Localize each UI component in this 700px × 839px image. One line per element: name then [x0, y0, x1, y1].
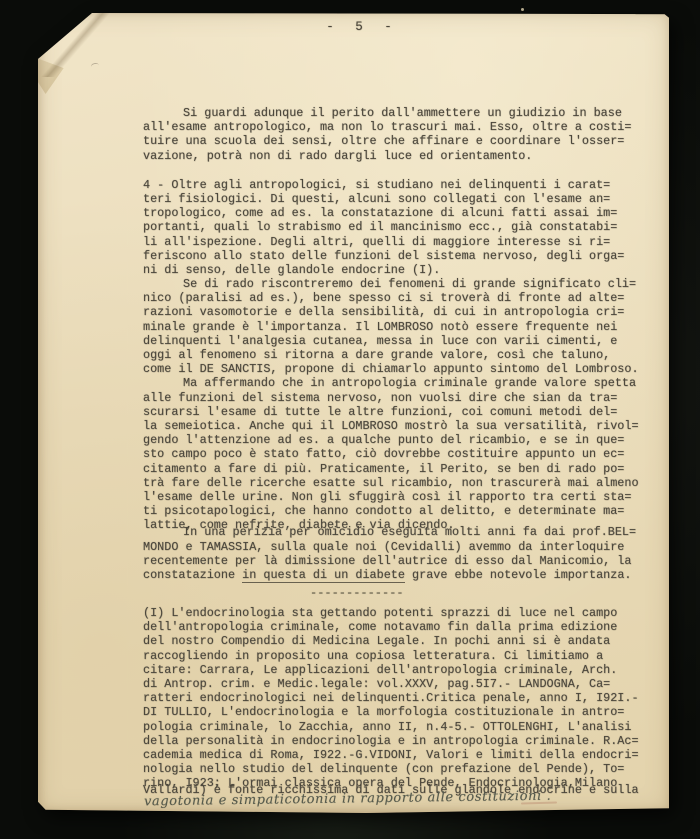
typescript-line: li all'ispezione. Degli altri, quelli di… — [143, 235, 659, 249]
page-shadow-wrap: - 5 - Si guardi adunque il perito dall'a… — [0, 0, 700, 839]
typescript-line: gendo l'attenzione ad es. a qualche punt… — [143, 433, 659, 447]
typescript-line: 4 - Oltre agli antropologici, si studian… — [143, 178, 659, 192]
typescript-line: del nostro Compendio di Medicina Legale.… — [143, 634, 663, 648]
typescript-line: raccogliendo in proposito una copiosa le… — [143, 649, 663, 663]
typescript-line: constatazione in questa di un diabete gr… — [143, 568, 659, 582]
typescript-line: minale grande è l'importanza. Il LOMBROS… — [143, 320, 659, 334]
typescript-line: sto campo poco è stato fatto, ciò dovreb… — [143, 447, 659, 461]
text-segment: constatazione — [143, 568, 242, 582]
typescript-line: teri fisiologici. Di questi, alcuni sono… — [143, 192, 659, 206]
typescript-line: In una perizia per omicidio eseguita mol… — [143, 525, 659, 539]
typescript-line: citare: Carrara, Le applicazioni dell'an… — [143, 663, 663, 677]
typescript-line: l'esame delle urine. Non gli sfuggirà co… — [143, 490, 659, 504]
pencil-mark — [90, 62, 99, 70]
typescript-line: ti psicotapologici, che hanno condotto a… — [143, 504, 659, 518]
typescript-line: delinquenti l'analgesia cutanea, messa i… — [143, 334, 659, 348]
typescript-paragraph: Si guardi adunque il perito dall'ammette… — [143, 106, 659, 163]
typescript-line: feriscono allo stato delle funzioni del … — [143, 249, 659, 263]
typescript-line: scurarsi l'esame di tutte le altre funzi… — [143, 405, 659, 419]
typescript-line: ni di senso, delle glandole endocrine (I… — [143, 263, 659, 277]
typescript-paragraph: 4 - Oltre agli antropologici, si studian… — [143, 178, 659, 277]
typescript-line: tuire una scuola dei sensi, oltre che af… — [143, 134, 659, 148]
typescript-line: tropologico, come ad es. la constatazion… — [143, 206, 659, 220]
typescript-line: cademia medica di Roma, I922.-G.VIDONI, … — [143, 748, 663, 762]
typescript-line: pologia criminale, lo Zacchia, anno II, … — [143, 720, 663, 734]
typescript-line: di Antrop. crim. e Medic.legale: vol.XXX… — [143, 677, 663, 691]
typescript-line: della personalità in endocrinologia e in… — [143, 734, 663, 748]
scan-background: { "colors":{ "paper":"#ebdebc", "backgro… — [0, 0, 700, 839]
typescript-line: (I) L'endocrinologia sta gettando potent… — [143, 606, 663, 620]
typescript-page: - 5 - Si guardi adunque il perito dall'a… — [38, 13, 669, 813]
typescript-line: MONDO e TAMASSIA, sulla quale noi (Cevid… — [143, 540, 659, 554]
typescript-line: alle funzioni del sistema nervoso, non v… — [143, 391, 659, 405]
typescript-line: ratteri endocrinologici nei delinquenti.… — [143, 691, 663, 705]
typescript-paragraph: Ma affermando che in antropologia crimin… — [143, 376, 659, 532]
typescript-line: nico (paralisi ad es.), bene spesso ci s… — [143, 291, 659, 305]
typescript-footnote: (I) L'endocrinologia sta gettando potent… — [143, 606, 663, 798]
typescript-line: all'esame antropologico, ma non lo trasc… — [143, 120, 659, 134]
typescript-line: recentemente per là dimissione dell'autr… — [143, 554, 659, 568]
page-number: - 5 - — [38, 20, 669, 34]
text-segment: grave ebbe notevole importanza. — [405, 568, 632, 582]
typescript-line: la semeiotica. Anche qui il LOMBROSO mos… — [143, 419, 659, 433]
typescript-paragraph: Se di rado riscontreremo dei fenomeni di… — [143, 277, 659, 376]
paper-speck — [521, 8, 524, 11]
typescript-line: dell'antropologia criminale, come notava… — [143, 620, 663, 634]
typescript-paragraph: (I) L'endocrinologia sta gettando potent… — [143, 606, 663, 790]
typescript-line: portanti, quali lo strabismo ed il manci… — [143, 220, 659, 234]
typescript-line: trà fare delle ricerche esatte sul ricam… — [143, 476, 659, 490]
typescript-line: oggi al fenomeno si ritorna a dare grand… — [143, 348, 659, 362]
footnote-separator: ------------- — [310, 586, 404, 600]
typescript-line: Se di rado riscontreremo dei fenomeni di… — [143, 277, 659, 291]
typescript-line: citamento a fare di più. Praticamente, i… — [143, 462, 659, 476]
typescript-body: Si guardi adunque il perito dall'ammette… — [143, 106, 659, 582]
folded-corner — [38, 57, 65, 94]
underlined-phrase: in questa di un diabete — [242, 568, 405, 583]
typescript-line: vazione, potrà non di rado dargli luce e… — [143, 149, 659, 163]
typescript-line: nologia nello studio del delinquente (co… — [143, 762, 663, 776]
typescript-line: DI TULLIO, L'endocrinologia e la morfolo… — [143, 705, 663, 719]
typescript-line: Si guardi adunque il perito dall'ammette… — [143, 106, 659, 120]
typescript-line: come il DE SANCTIS, propone di chiamarlo… — [143, 362, 659, 376]
typescript-line: Ma affermando che in antropologia crimin… — [143, 376, 659, 390]
typescript-paragraph: In una perizia per omicidio eseguita mol… — [143, 525, 659, 582]
typescript-line: razioni vasomotorie e della sensibilità,… — [143, 305, 659, 319]
